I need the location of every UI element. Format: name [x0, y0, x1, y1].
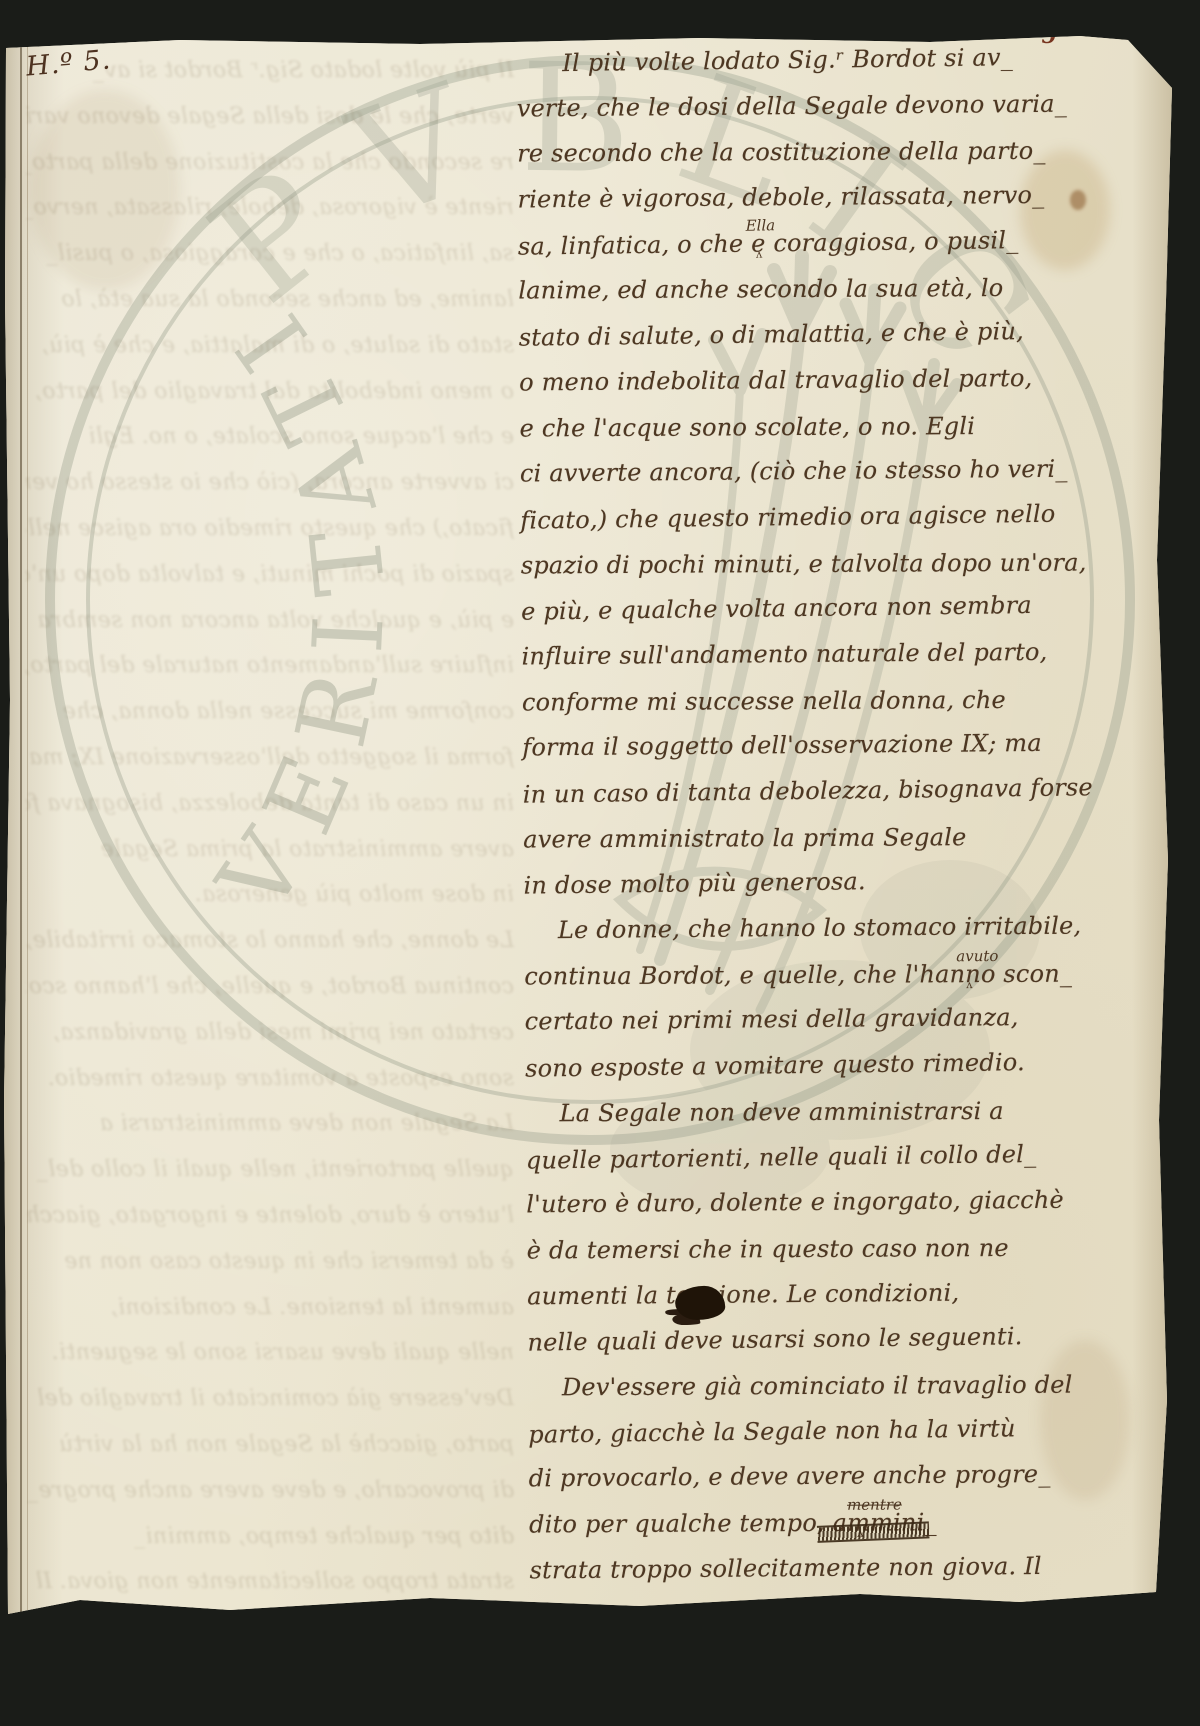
- manuscript-line: nelle quali deve usarsi sono le seguenti…: [527, 1322, 1088, 1375]
- bleed-line: in dose molto più generosa.: [26, 882, 514, 928]
- manuscript-line: l'utero è duro, dolente e ingorgato, gia…: [526, 1186, 1086, 1237]
- bleed-line: di provocarlo, e deve avere anche progre…: [26, 1478, 514, 1524]
- manuscript-line: conforme mi successe nella donna, che: [522, 685, 1082, 734]
- paper-sheet: VERITATI PVBLIC: [0, 0, 1200, 1726]
- bleed-line: influire sull'andamento naturale del par…: [26, 653, 514, 699]
- bleed-line: in un caso di tanta debolezza, bisognava…: [26, 791, 514, 837]
- bleed-line: dito per qualche tempo, ammini_: [26, 1524, 514, 1570]
- manuscript-line: di provocarlo, e deve avere anche progre…: [529, 1460, 1089, 1511]
- bleed-line: continua Bordot, e quelle, che l'hanno s…: [26, 974, 514, 1020]
- manuscript-line: dito per qualche tempo, ammini_mentreʌ: [529, 1508, 1089, 1557]
- manuscript-line: ci avverte ancora, (ciò che io stesso ho…: [520, 455, 1080, 506]
- manuscript-line: quelle partorienti, nelle quali il collo…: [526, 1139, 1087, 1192]
- bleed-line: e più, e qualche volta ancora non sembra: [26, 608, 514, 654]
- ink-blot: [675, 1285, 725, 1319]
- bleed-line: La Segale non deve amministrarsi a: [26, 1111, 514, 1157]
- manuscript-text: Il più volte lodato Sig.ʳ Bordot si av_v…: [516, 44, 1090, 1602]
- manuscript-line: verte, che le dosi della Segale devono v…: [517, 89, 1077, 140]
- bleed-line: Le donne, che hanno lo stomaco irritabil…: [26, 928, 514, 974]
- bleed-line: aumenti la tensione. Le condizioni,: [26, 1295, 514, 1341]
- paper-stain: [30, 90, 180, 290]
- manuscript-line: in dose molto più generosa.: [523, 865, 1084, 918]
- bleed-line: è da temersi che in questo caso non ne: [26, 1249, 514, 1295]
- bleed-line: Dev'essere già cominciato il travaglio d…: [26, 1386, 514, 1432]
- binding-seam: [20, 40, 22, 1620]
- manuscript-line: in un caso di tanta debolezza, bisognava…: [523, 773, 1084, 826]
- bleed-line: l'utero è duro, dolente e ingorgato, gia…: [26, 1203, 514, 1249]
- interlinear-insertion: mentre: [847, 1495, 902, 1513]
- manuscript-line: o meno indebolita dal travaglio del part…: [519, 363, 1079, 414]
- manuscript-line: Dev'essere già cominciato il travaglio d…: [528, 1370, 1088, 1419]
- insertion-caret: ʌ: [756, 247, 762, 260]
- manuscript-line: lanime, ed anche secondo la sua età, lo: [518, 274, 1078, 323]
- bleed-line: conforme mi successe nella donna, che: [26, 699, 514, 745]
- manuscript-line: e più, e qualche volta ancora non sembra: [521, 591, 1082, 644]
- bleed-line: stato di salute, o di malattia, e che è …: [26, 333, 514, 379]
- bleed-line: sono esposte a vomitare questo rimedio.: [26, 1066, 514, 1112]
- right-edge-shadow: [1132, 0, 1172, 1726]
- bleed-line: ci avverte ancora, (ciò che io stesso ho…: [26, 470, 514, 516]
- manuscript-line: e che l'acque sono scolate, o no. Egli: [520, 411, 1080, 460]
- crossed-out-word: [817, 1521, 930, 1542]
- manuscript-line: stato di salute, o di malattia, e che è …: [519, 316, 1080, 369]
- insertion-caret: ʌ: [966, 978, 972, 991]
- bleed-line: forma il soggetto dell'osservazione IX; …: [26, 745, 514, 791]
- interlinear-insertion: avuto: [956, 947, 998, 965]
- interlinear-insertion: Ella: [746, 216, 776, 234]
- bleed-line: e che l'acque sono scolate, o no. Egli: [26, 424, 514, 470]
- bleed-line: lanime, ed anche secondo la sua età, lo: [26, 287, 514, 333]
- manuscript-line: spazio di pochi minuti, e talvolta dopo …: [521, 548, 1081, 597]
- manuscript-line: ficato,) che questo rimedio ora agisce n…: [520, 499, 1081, 552]
- manuscript-line: La Segale non deve amministrarsi a: [525, 1096, 1085, 1145]
- manuscript-line: Le donne, che hanno lo stomaco irritabil…: [524, 912, 1084, 963]
- bleed-line: ficato,) che questo rimedio ora agisce n…: [26, 516, 514, 562]
- bleed-line: avere amministrato la prima Segale: [26, 837, 514, 883]
- bleed-line: nelle quali deve usarsi sono le seguenti…: [26, 1340, 514, 1386]
- bleed-line: spazio di pochi minuti, e talvolta dopo …: [26, 562, 514, 608]
- bleed-line: parto, giacchè la Segale non ha la virtù: [26, 1432, 514, 1478]
- binding-seam-light: [27, 44, 28, 1616]
- manuscript-line: parto, giacchè la Segale non ha la virtù: [528, 1413, 1089, 1466]
- bleed-line: quelle partorienti, nelle quali il collo…: [26, 1157, 514, 1203]
- manuscript-line: influire sull'andamento naturale del par…: [521, 638, 1081, 689]
- manuscript-line: Il più volte lodato Sig.ʳ Bordot si av_: [516, 42, 1077, 95]
- manuscript-line: avere amministrato la prima Segale: [523, 822, 1083, 871]
- manuscript-line: è da temersi che in questo caso non ne: [527, 1233, 1087, 1282]
- manuscript-line: riente è vigorosa, debole, rilassata, ne…: [517, 181, 1077, 232]
- manuscript-line: re secondo che la costituzione della par…: [517, 137, 1077, 186]
- bleed-line: o meno indebolita dal travaglio del part…: [26, 379, 514, 425]
- manuscript-line: forma il soggetto dell'osservazione IX; …: [522, 729, 1082, 780]
- bleed-through: Il più volte lodato Sig.ʳ Bordot si av_v…: [26, 58, 514, 1606]
- manuscript-line: strata troppo sollecitamente non giova. …: [529, 1551, 1089, 1602]
- manuscript-scan: VERITATI PVBLIC: [0, 0, 1200, 1726]
- manuscript-line: sa, linfatica, o che e coraggiosa, o pus…: [518, 225, 1079, 278]
- manuscript-line: sono esposte a vomitare questo rimedio.: [525, 1047, 1086, 1100]
- manuscript-line: certato nei primi mesi della gravidanza,: [525, 1003, 1085, 1054]
- bleed-line: strata troppo sollecitamente non giova. …: [26, 1569, 514, 1606]
- manuscript-line: aumenti la tensione. Le condizioni,: [527, 1277, 1087, 1328]
- bleed-line: certato nei primi mesi della gravidanza,: [26, 1020, 514, 1066]
- manuscript-line: continua Bordot, e quelle, che l'hanno s…: [524, 959, 1084, 1008]
